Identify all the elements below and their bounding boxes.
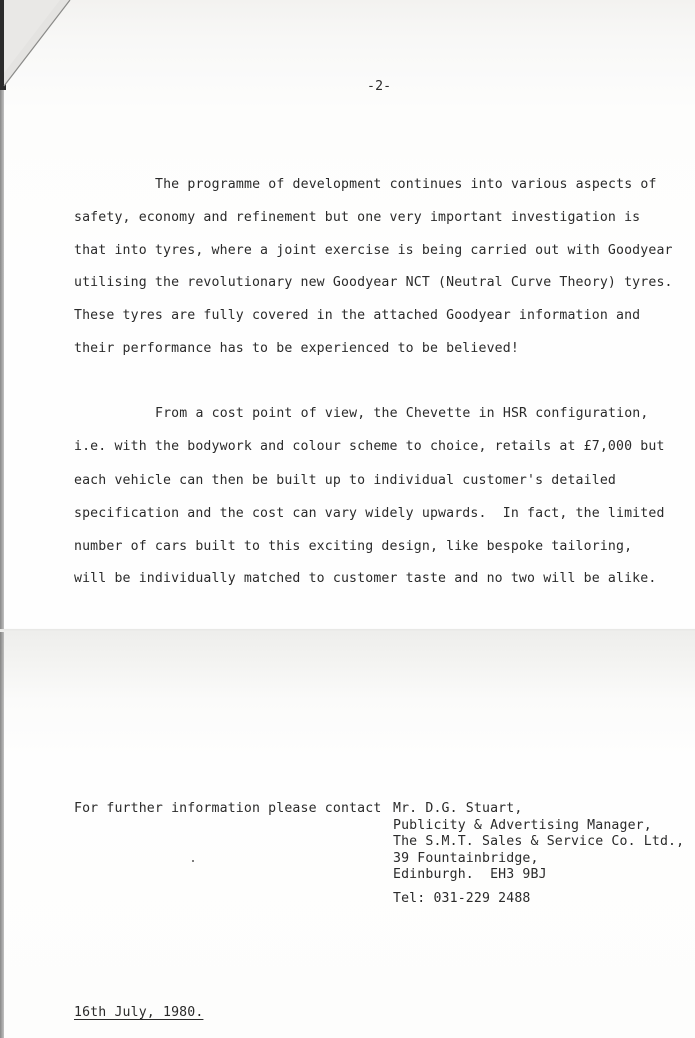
paragraph-1-line-1: The programme of development continues i… [155, 178, 657, 191]
paragraph-1-line-4: utilising the revolutionary new Goodyear… [74, 276, 673, 289]
paragraph-1-line-3: that into tyres, where a joint exercise … [74, 244, 673, 257]
scan-left-edge [0, 0, 4, 1038]
paragraph-1-line-5: These tyres are fully covered in the att… [74, 309, 640, 322]
ink-speck [192, 860, 194, 862]
paragraph-1-line-2: safety, economy and refinement but one v… [74, 211, 640, 224]
paragraph-2-line-6: will be individually matched to customer… [74, 572, 656, 585]
contact-label: For further information please contact [74, 802, 381, 815]
folded-corner [0, 0, 75, 90]
paragraph-2-line-5: number of cars built to this exciting de… [74, 540, 632, 553]
contact-name: Mr. D.G. Stuart, [393, 802, 522, 815]
paragraph-2-line-3: each vehicle can then be built up to ind… [74, 474, 616, 487]
paragraph-2-line-1: From a cost point of view, the Chevette … [155, 407, 648, 420]
page-number: -2- [367, 80, 391, 93]
contact-title: Publicity & Advertising Manager, [393, 819, 652, 832]
contact-company: The S.M.T. Sales & Service Co. Ltd., [393, 835, 684, 848]
paragraph-1-line-6: their performance has to be experienced … [74, 342, 519, 355]
paragraph-2-line-2: i.e. with the bodywork and colour scheme… [74, 440, 665, 453]
document-page: -2- The programme of development continu… [0, 0, 695, 1038]
paper-fold-crease [0, 629, 695, 632]
document-date: 16th July, 1980. [74, 1006, 203, 1019]
paragraph-2-line-4: specification and the cost can vary wide… [74, 507, 665, 520]
contact-city-postcode: Edinburgh. EH3 9BJ [393, 868, 547, 881]
contact-street: 39 Fountainbridge, [393, 852, 539, 865]
contact-telephone: Tel: 031-229 2488 [393, 892, 531, 905]
